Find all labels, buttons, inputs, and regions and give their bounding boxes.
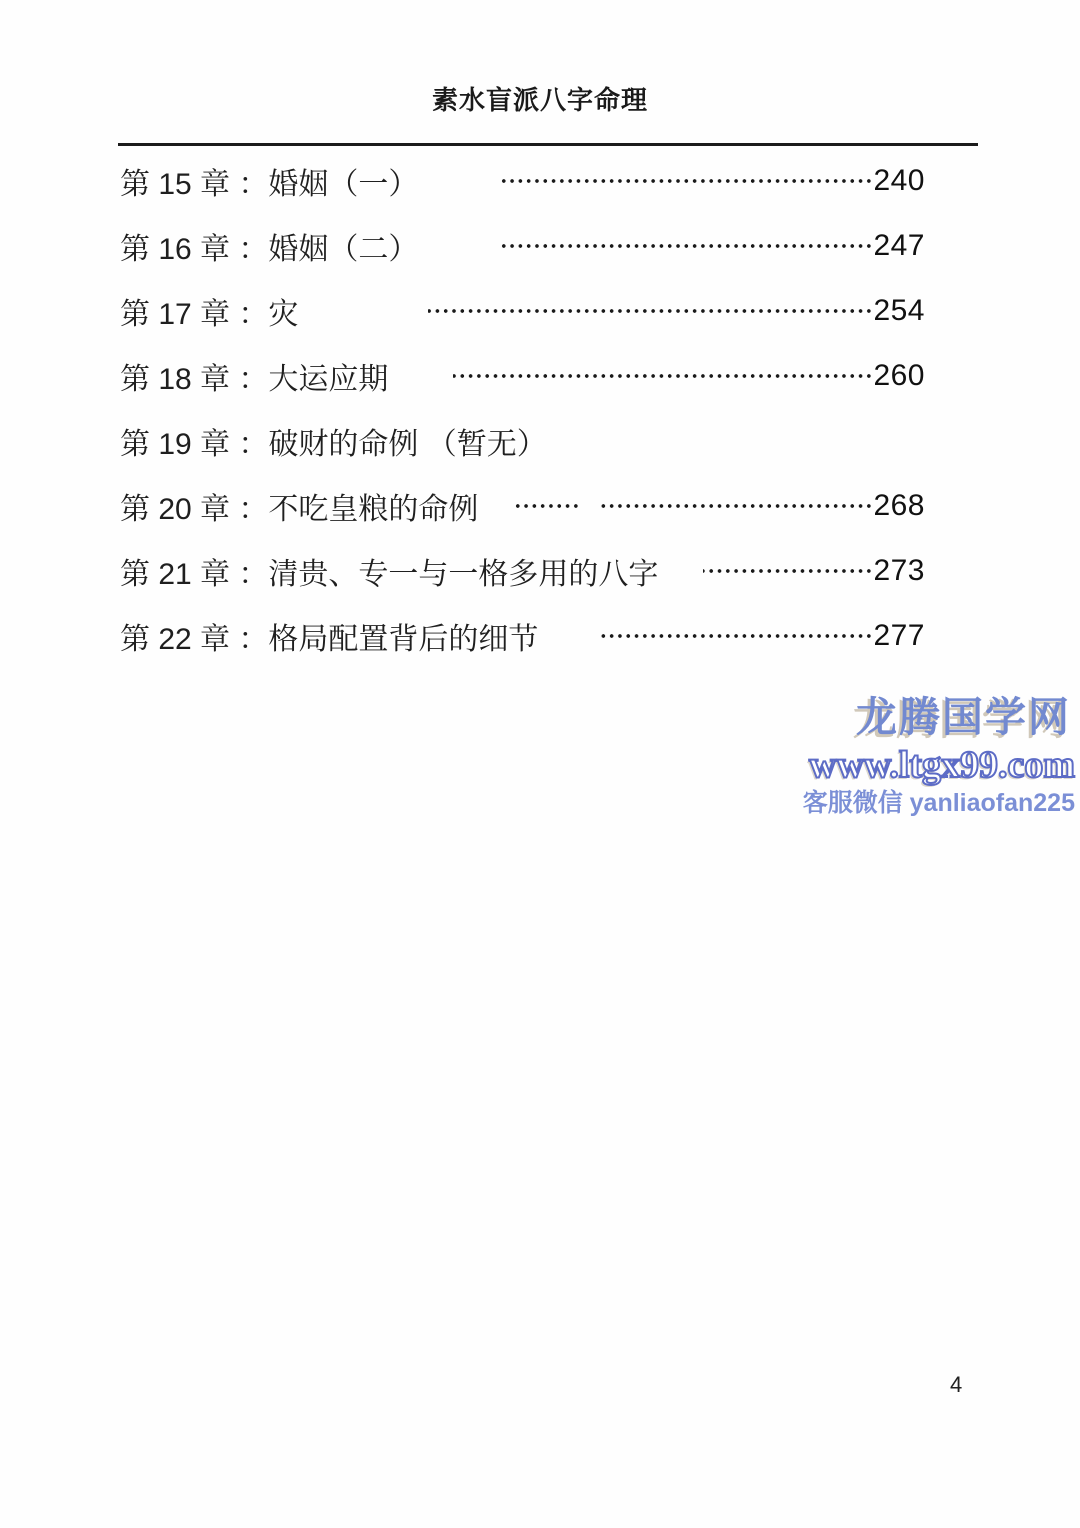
toc-entry: 第 15 章 ：婚姻（一） 240	[120, 164, 925, 198]
watermark-contact: 客服微信 yanliaofan225	[803, 788, 1075, 818]
dot-leader-segment-1	[512, 503, 580, 509]
chapter-label: 第 16 章 ：婚姻（二）	[120, 224, 418, 268]
page-ref: 268	[873, 489, 925, 523]
page-ref: 240	[873, 164, 925, 198]
toc-entry: 第 18 章 ：大运应期 260	[120, 359, 925, 393]
page-title: 素水盲派八字命理	[0, 0, 1080, 116]
document-page: 素水盲派八字命理 第 15 章 ：婚姻（一） 240 第 16 章 ：婚姻（二）…	[0, 0, 1080, 1528]
chapter-label: 第 15 章 ：婚姻（一）	[120, 159, 418, 203]
toc-entry: 第 22 章 ：格局配置背后的细节 277	[120, 619, 925, 653]
chapter-label: 第 21 章 ：清贵、专一与一格多用的八字	[120, 549, 658, 593]
header-rule	[118, 143, 978, 146]
page-ref: 277	[873, 619, 925, 653]
dot-leader	[453, 373, 873, 379]
page-ref: 247	[873, 229, 925, 263]
chapter-label: 第 22 章 ：格局配置背后的细节	[120, 614, 538, 658]
watermark-site-url: www.ltgx99.com	[803, 742, 1075, 788]
page-ref: 254	[873, 294, 925, 328]
dot-leader-segment-2	[598, 503, 873, 509]
chapter-label: 第 18 章 ：大运应期	[120, 354, 388, 398]
watermark-site-name: 龙腾国学网	[803, 692, 1071, 742]
dot-leader	[428, 308, 873, 314]
chapter-label: 第 17 章 ：灾	[120, 289, 298, 333]
dot-leader	[703, 568, 873, 574]
page-ref: 273	[873, 554, 925, 588]
toc-entry: 第 20 章 ：不吃皇粮的命例 268	[120, 489, 925, 523]
toc-entry: 第 19 章 ：破财的命例 （暂无）	[120, 424, 925, 458]
toc-entry: 第 21 章 ：清贵、专一与一格多用的八字 273	[120, 554, 925, 588]
table-of-contents: 第 15 章 ：婚姻（一） 240 第 16 章 ：婚姻（二） 247 第 17…	[120, 164, 925, 653]
dot-leader	[498, 243, 873, 249]
watermark: 龙腾国学网 www.ltgx99.com 客服微信 yanliaofan225	[803, 692, 1075, 818]
chapter-label: 第 19 章 ：破财的命例 （暂无）	[120, 419, 547, 463]
toc-entry: 第 16 章 ：婚姻（二） 247	[120, 229, 925, 263]
page-ref: 260	[873, 359, 925, 393]
chapter-label: 第 20 章 ：不吃皇粮的命例	[120, 484, 478, 528]
toc-entry: 第 17 章 ：灾 254	[120, 294, 925, 328]
page-number: 4	[950, 1372, 962, 1398]
dot-leader	[598, 633, 873, 639]
dot-leader	[498, 178, 873, 184]
